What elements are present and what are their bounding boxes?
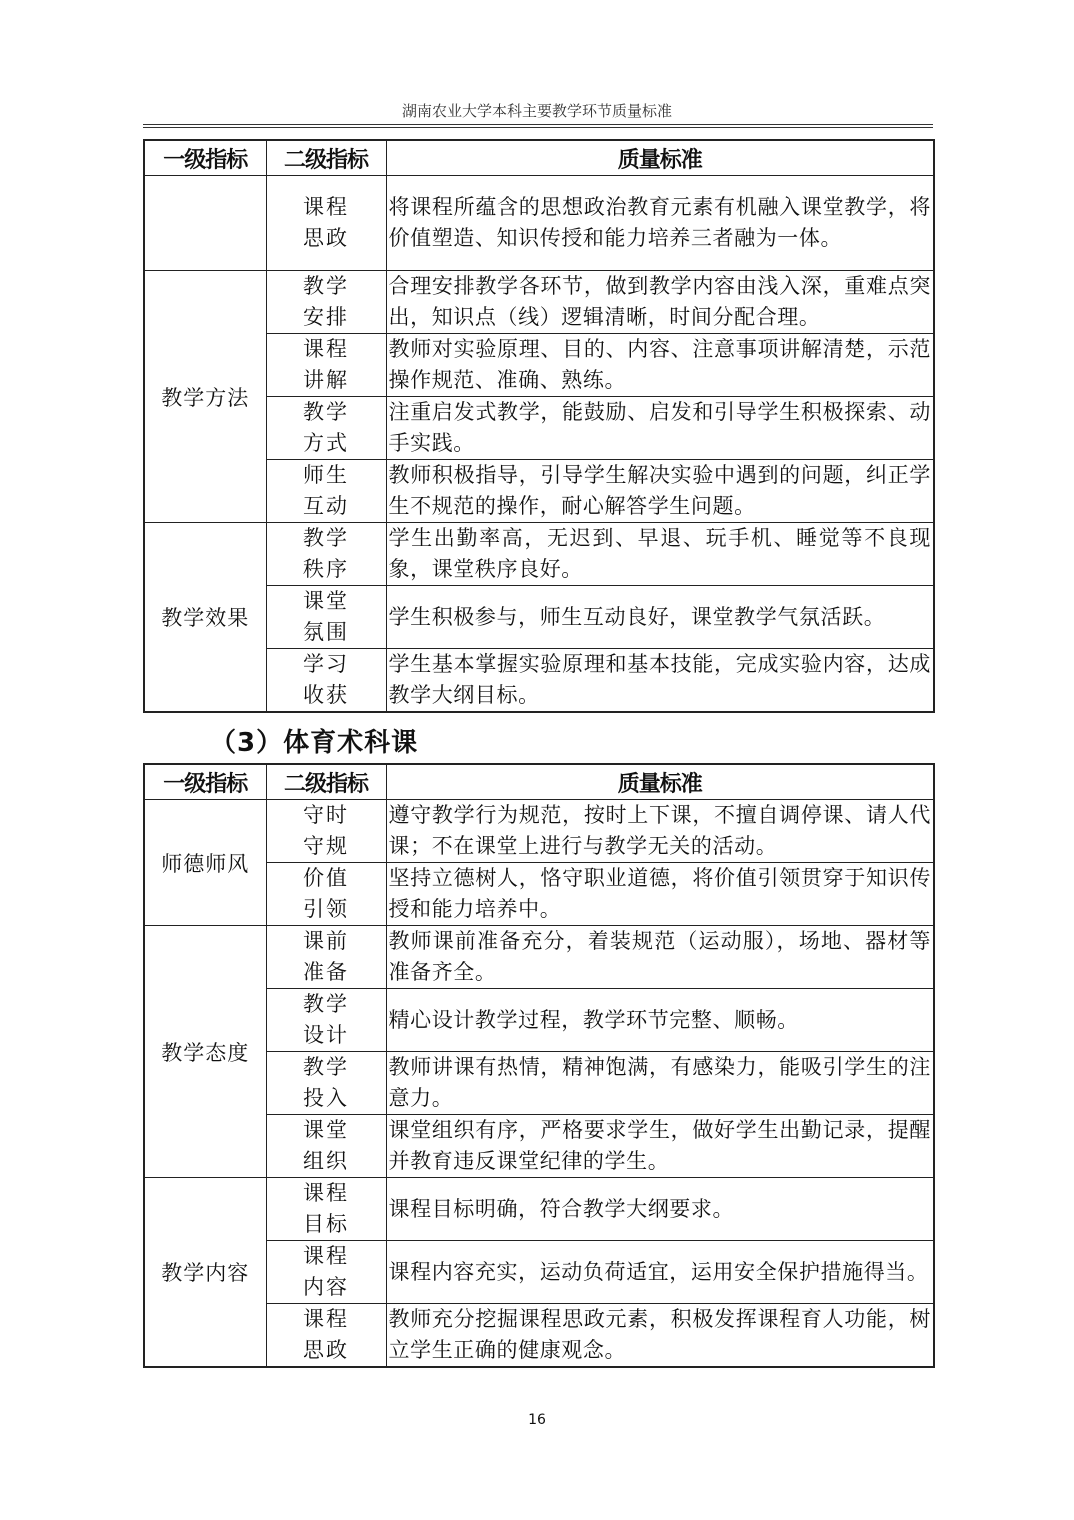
standard-cell: 教师对实验原理、目的、内容、注意事项讲解清楚，示范操作规范、准确、熟练。 (386, 334, 934, 397)
level2-cell: 学习收获 (266, 649, 386, 713)
table-row: 教学效果 教学秩序 学生出勤率高，无迟到、早退、玩手机、睡觉等不良现象，课堂秩序… (144, 523, 934, 586)
level2-cell: 课堂组织 (266, 1115, 386, 1178)
table-row: 教学方法 教学安排 合理安排教学各环节，做到教学内容由浅入深，重难点突出，知识点… (144, 271, 934, 334)
standard-cell: 学生出勤率高，无迟到、早退、玩手机、睡觉等不良现象，课堂秩序良好。 (386, 523, 934, 586)
table-header-row: 一级指标 二级指标 质量标准 (144, 764, 934, 800)
table-row: 师德师风 守时守规 遵守教学行为规范，按时上下课，不擅自调停课、请人代课；不在课… (144, 800, 934, 863)
level1-cell: 教学态度 (144, 926, 266, 1178)
table-row: 课程思政 将课程所蕴含的思想政治教育元素有机融入课堂教学，将价值塑造、知识传授和… (144, 176, 934, 271)
page-number: 16 (0, 1412, 1074, 1428)
standard-cell: 注重启发式教学，能鼓励、启发和引导学生积极探索、动手实践。 (386, 397, 934, 460)
standard-cell: 坚持立德树人，恪守职业道德，将价值引领贯穿于知识传授和能力培养中。 (386, 863, 934, 926)
standard-cell: 教师课前准备充分，着装规范（运动服），场地、器材等准备齐全。 (386, 926, 934, 989)
table-row: 教学态度 课前准备 教师课前准备充分，着装规范（运动服），场地、器材等准备齐全。 (144, 926, 934, 989)
standard-cell: 精心设计教学过程，教学环节完整、顺畅。 (386, 989, 934, 1052)
standard-cell: 将课程所蕴含的思想政治教育元素有机融入课堂教学，将价值塑造、知识传授和能力培养三… (386, 176, 934, 271)
level2-cell: 守时守规 (266, 800, 386, 863)
column-header-level2: 二级指标 (266, 140, 386, 176)
level2-cell: 课程内容 (266, 1241, 386, 1304)
level2-cell: 教学安排 (266, 271, 386, 334)
header-double-rule (143, 124, 933, 128)
column-header-level1: 一级指标 (144, 140, 266, 176)
standard-cell: 教师积极指导，引导学生解决实验中遇到的问题，纠正学生不规范的操作，耐心解答学生问… (386, 460, 934, 523)
column-header-level2: 二级指标 (266, 764, 386, 800)
level2-cell: 教学方式 (266, 397, 386, 460)
table-row: 教学内容 课程目标 课程目标明确，符合教学大纲要求。 (144, 1178, 934, 1241)
level2-cell: 价值引领 (266, 863, 386, 926)
standard-cell: 教师讲课有热情，精神饱满，有感染力，能吸引学生的注意力。 (386, 1052, 934, 1115)
table-header-row: 一级指标 二级指标 质量标准 (144, 140, 934, 176)
column-header-level1: 一级指标 (144, 764, 266, 800)
level2-cell: 课前准备 (266, 926, 386, 989)
standard-cell: 合理安排教学各环节，做到教学内容由浅入深，重难点突出，知识点（线）逻辑清晰，时间… (386, 271, 934, 334)
standard-cell: 学生积极参与，师生互动良好，课堂教学气氛活跃。 (386, 586, 934, 649)
column-header-standard: 质量标准 (386, 764, 934, 800)
standard-cell: 课堂组织有序，严格要求学生，做好学生出勤记录，提醒并教育违反课堂纪律的学生。 (386, 1115, 934, 1178)
level2-cell: 教学设计 (266, 989, 386, 1052)
section-title: （3）体育术科课 (210, 722, 418, 759)
level2-cell: 教学秩序 (266, 523, 386, 586)
quality-standard-table-1: 一级指标 二级指标 质量标准 课程思政 将课程所蕴含的思想政治教育元素有机融入课… (143, 139, 935, 713)
standard-cell: 遵守教学行为规范，按时上下课，不擅自调停课、请人代课；不在课堂上进行与教学无关的… (386, 800, 934, 863)
standard-cell: 教师充分挖掘课程思政元素，积极发挥课程育人功能，树立学生正确的健康观念。 (386, 1304, 934, 1368)
level1-cell: 师德师风 (144, 800, 266, 926)
standard-cell: 课程内容充实，运动负荷适宜，运用安全保护措施得当。 (386, 1241, 934, 1304)
level2-cell: 课程思政 (266, 1304, 386, 1368)
level1-cell: 教学内容 (144, 1178, 266, 1368)
level1-cell (144, 176, 266, 271)
standard-cell: 学生基本掌握实验原理和基本技能，完成实验内容，达成教学大纲目标。 (386, 649, 934, 713)
standard-cell: 课程目标明确，符合教学大纲要求。 (386, 1178, 934, 1241)
level1-cell: 教学效果 (144, 523, 266, 713)
level2-cell: 教学投入 (266, 1052, 386, 1115)
level2-cell: 课堂氛围 (266, 586, 386, 649)
level2-cell: 课程目标 (266, 1178, 386, 1241)
level2-cell: 课程思政 (266, 176, 386, 271)
level1-cell: 教学方法 (144, 271, 266, 523)
quality-standard-table-2: 一级指标 二级指标 质量标准 师德师风 守时守规 遵守教学行为规范，按时上下课，… (143, 763, 935, 1368)
running-header: 湖南农业大学本科主要教学环节质量标准 (0, 100, 1074, 121)
level2-cell: 课程讲解 (266, 334, 386, 397)
column-header-standard: 质量标准 (386, 140, 934, 176)
level2-cell: 师生互动 (266, 460, 386, 523)
